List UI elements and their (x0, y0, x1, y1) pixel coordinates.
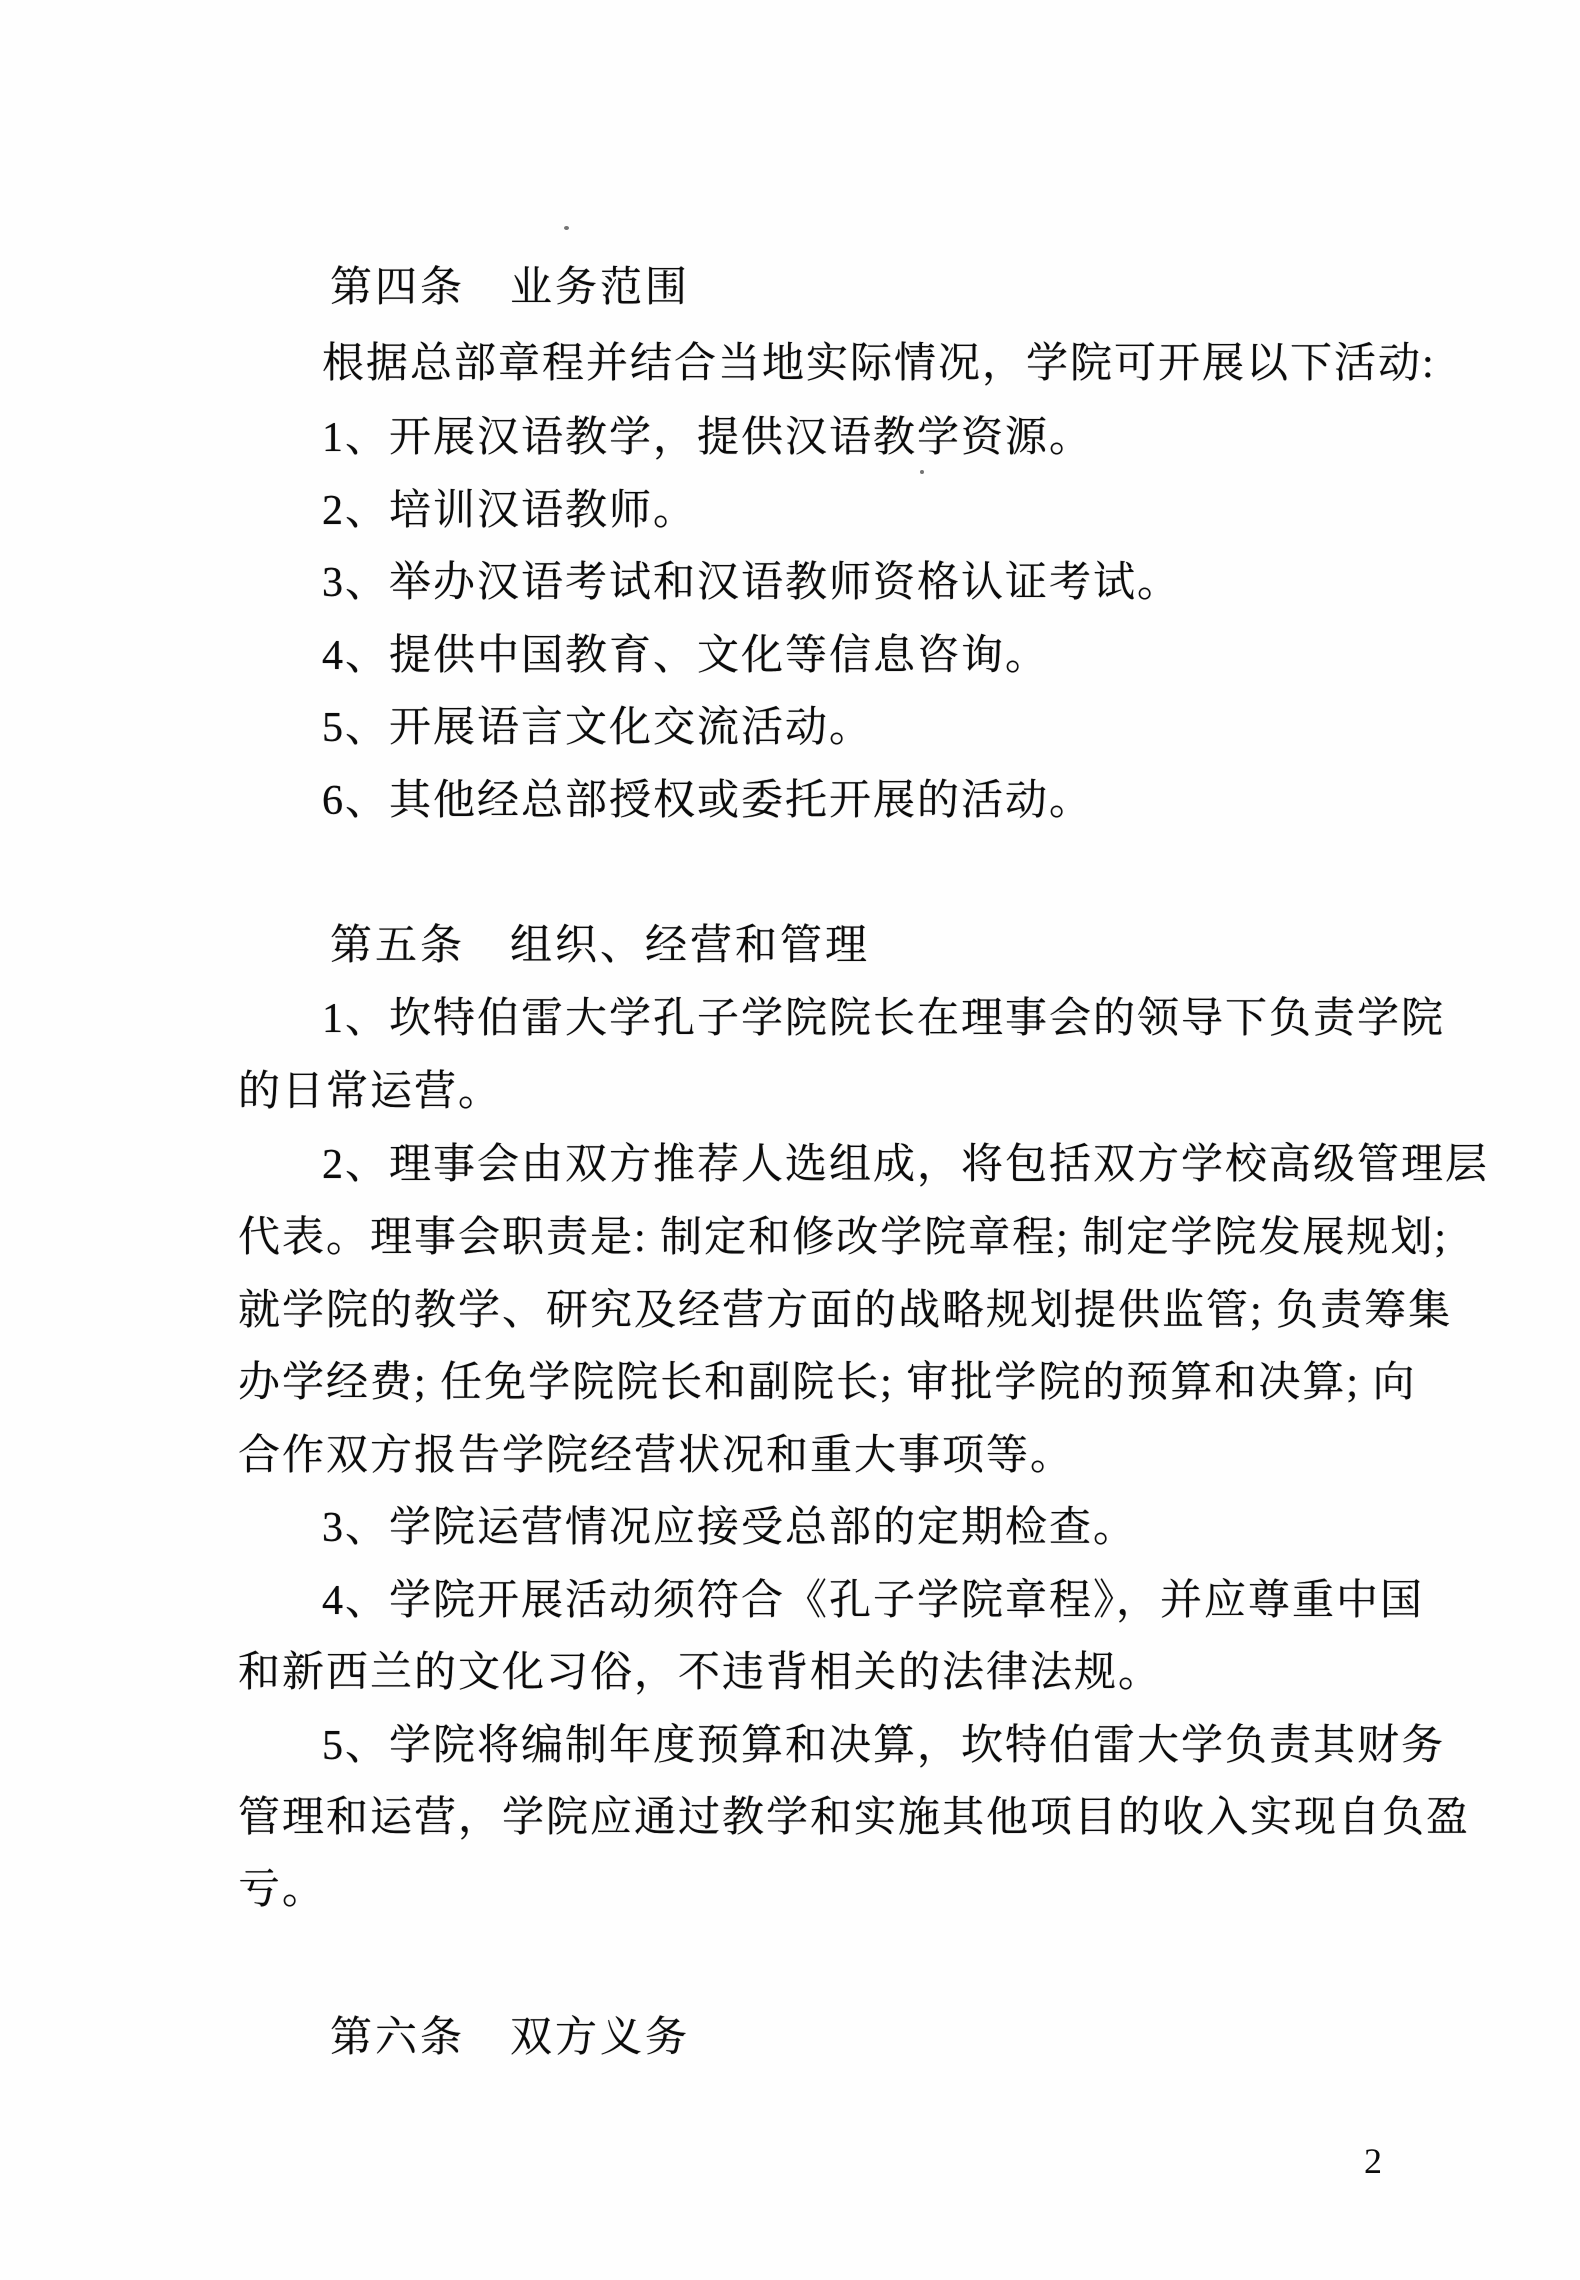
article-4-title: 第四条 业务范围 (238, 262, 690, 315)
scanned-document-page: 第四条 业务范围根据总部章程并结合当地实际情况，学院可开展以下活动:1、开展汉语… (0, 0, 1580, 2280)
article-4-item-4: 4、提供中国教育、文化等信息咨询。 (238, 630, 1049, 683)
scan-artifact (564, 226, 569, 230)
page-number: 2 (1364, 2140, 1382, 2182)
article-4-item-1: 1、开展汉语教学，提供汉语教学资源。 (238, 412, 1093, 465)
article-5-item-2-line-3: 就学院的教学、研究及经营方面的战略规划提供监管; 负责筹集 (238, 1285, 1452, 1338)
article-4-item-3: 3、举办汉语考试和汉语教师资格认证考试。 (238, 557, 1181, 610)
article-5-item-5-line-1: 5、学院将编制年度预算和决算，坎特伯雷大学负责其财务 (238, 1720, 1445, 1773)
article-5-item-4-line-2: 和新西兰的文化习俗，不违背相关的法律法规。 (238, 1647, 1162, 1700)
article-4-item-2: 2、培训汉语教师。 (238, 485, 697, 538)
article-4-intro: 根据总部章程并结合当地实际情况，学院可开展以下活动: (238, 338, 1436, 391)
article-5-item-4-line-1: 4、学院开展活动须符合《孔子学院章程》，并应尊重中国 (238, 1575, 1424, 1628)
article-5-item-5-line-2: 管理和运营，学院应通过教学和实施其他项目的收入实现自负盈 (238, 1792, 1470, 1845)
article-5-item-1-line-1: 1、坎特伯雷大学孔子学院院长在理事会的领导下负责学院 (238, 993, 1445, 1046)
article-5-item-2-line-4: 办学经费; 任免学院院长和副院长; 审批学院的预算和决算; 向 (238, 1357, 1417, 1410)
article-5-item-2-line-1: 2、理事会由双方推荐人选组成，将包括双方学校高级管理层 (238, 1139, 1489, 1192)
article-4-item-5: 5、开展语言文化交流活动。 (238, 702, 873, 755)
article-5-item-2-line-5: 合作双方报告学院经营状况和重大事项等。 (238, 1430, 1074, 1483)
article-6-title: 第六条 双方义务 (238, 2012, 690, 2065)
scan-artifact (1184, 368, 1187, 371)
article-5-item-3: 3、学院运营情况应接受总部的定期检查。 (238, 1502, 1137, 1555)
article-4-item-6: 6、其他经总部授权或委托开展的活动。 (238, 775, 1093, 828)
scan-artifact (920, 470, 924, 474)
article-5-title: 第五条 组织、经营和管理 (238, 920, 870, 973)
article-5-item-5-line-3: 亏。 (238, 1864, 326, 1917)
article-5-item-1-line-2: 的日常运营。 (238, 1066, 502, 1119)
article-5-item-2-line-2: 代表。理事会职责是: 制定和修改学院章程; 制定学院发展规划; (238, 1212, 1448, 1265)
